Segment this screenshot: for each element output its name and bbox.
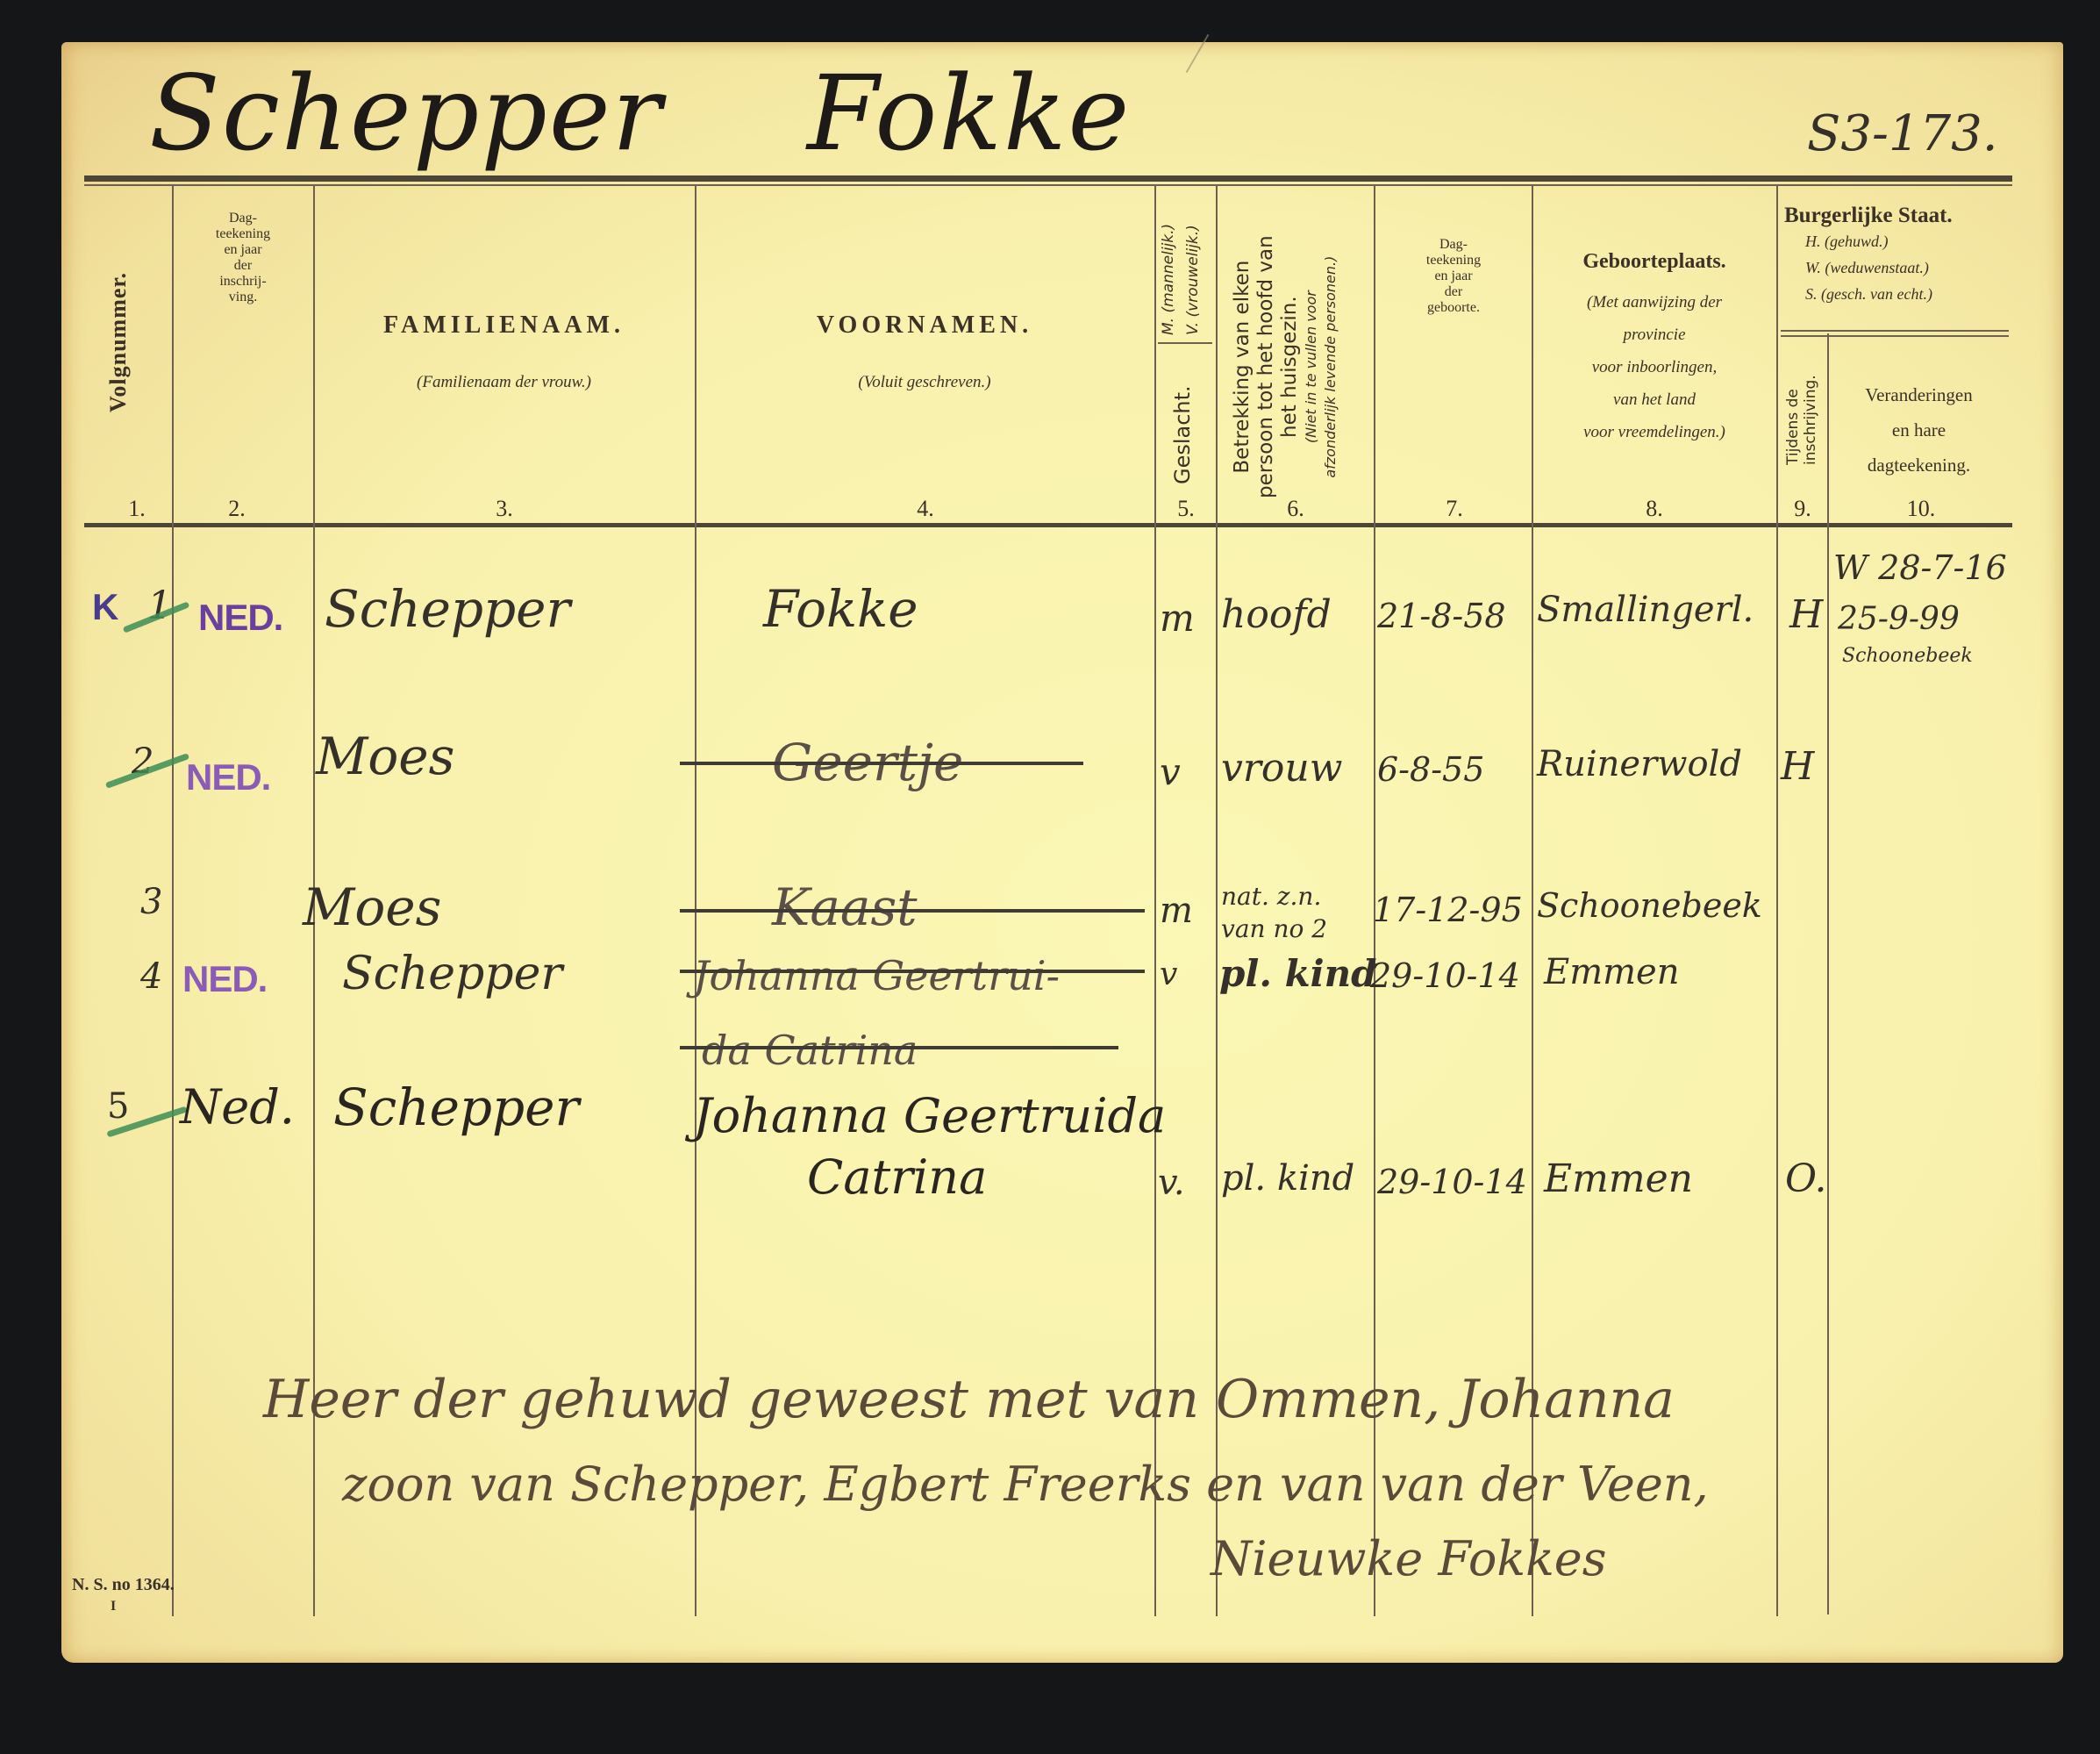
column-number: 7. (1428, 496, 1481, 522)
row-voornamen: da Catrina (702, 1027, 918, 1074)
row-geboorteplaats: Smallingerl. (1537, 590, 1754, 630)
row-voornamen: Kaast (772, 877, 918, 937)
note-line: zoon van Schepper, Egbert Freerks en van… (342, 1457, 1709, 1512)
form-number: N. S. no 1364. (72, 1575, 175, 1595)
column-number: 6. (1269, 496, 1322, 522)
nationality-stamp: NED. (182, 958, 267, 1000)
header-tijdens-inschrijving: Tijdens de inschrijving. (1784, 375, 1819, 465)
header-line: der (174, 258, 312, 274)
column-number: 2. (211, 496, 263, 522)
row-geslacht: m (1160, 597, 1195, 640)
header-line: en jaar (1375, 268, 1532, 284)
title-rule-thin (84, 184, 2012, 186)
row-volgnummer: 5 (107, 1086, 129, 1127)
civil-status-rule (1781, 335, 2009, 337)
column-number: 8. (1628, 496, 1681, 522)
row-betrekking: nat. z.n. (1221, 882, 1321, 911)
header-line: der (1375, 284, 1532, 300)
row-geboorteplaats: Schoonebeek (1537, 886, 1762, 925)
title-firstname: Fokke (807, 53, 1131, 174)
header-line: van het land (1533, 383, 1775, 416)
header-geboorte-date: Dag- teekening en jaar der geboorte. (1375, 237, 1532, 316)
header-subtitle: (Familienaam der vrouw.) (314, 373, 694, 392)
row-volgnummer: 4 (140, 956, 162, 997)
column-divider (1776, 186, 1778, 1616)
header-line: (Niet in te vullen voor (1302, 235, 1321, 498)
header-gender-v: V. (vrouwelijk.) (1184, 225, 1202, 335)
row-verandering: Schoonebeek (1842, 645, 1973, 667)
header-geslacht: Geslacht. (1170, 385, 1195, 484)
header-line: voor inboorlingen, (1533, 351, 1775, 383)
header-line: en jaar (174, 242, 312, 258)
header-line: Tijdens de (1784, 375, 1802, 465)
gender-subdivider (1158, 342, 1212, 344)
header-line: dagteekening. (1829, 447, 2009, 483)
header-rule (84, 523, 2012, 527)
header-line: ving. (174, 290, 312, 305)
title-surname: Schepper (149, 53, 663, 174)
row-voornamen: Catrina (807, 1149, 987, 1205)
header-title: Geboorteplaats. (1533, 250, 1775, 274)
row-betrekking: van no 2 (1221, 914, 1327, 943)
row-voornamen: Johanna Geertrui- (693, 952, 1060, 999)
row-geboortedatum: 29-10-14 (1377, 1163, 1527, 1201)
header-title: Burgerlijke Staat. (1779, 204, 2009, 228)
column-divider (1827, 333, 1829, 1614)
header-line: het huisgezin. (1278, 235, 1302, 498)
row-geslacht: v (1160, 956, 1177, 992)
status-legend-s: S. (gesch. van echt.) (1805, 281, 2009, 307)
row-voornamen: Fokke (763, 579, 918, 639)
row-volgnummer: 3 (140, 882, 162, 922)
row-betrekking: vrouw (1221, 746, 1342, 791)
nationality-stamp: NED. (198, 597, 282, 639)
status-legend-h: H. (gehuwd.) (1805, 228, 2009, 254)
column-number: 9. (1777, 496, 1828, 522)
row-geboorteplaats: Ruinerwold (1537, 744, 1742, 784)
row-verandering: 25-9-99 (1838, 601, 1960, 637)
row-geboortedatum: 21-8-58 (1377, 597, 1506, 635)
header-line: geboorte. (1375, 300, 1532, 316)
row-geslacht: m (1160, 891, 1193, 931)
row-betrekking: pl. kind (1219, 952, 1377, 995)
note-line: Heer der gehuwd geweest met van Ommen, J… (263, 1369, 1675, 1430)
header-line: Betrekking van elken (1231, 235, 1254, 498)
header-line: Veranderingen (1829, 377, 2009, 412)
header-inschrijving-date: Dag- teekening en jaar der inschrij- vin… (174, 211, 312, 305)
row-geboorteplaats: Emmen (1544, 1156, 1693, 1201)
civil-status-rule (1781, 330, 2009, 332)
header-volgnummer: Volgnummer. (105, 272, 132, 412)
column-number: 10. (1895, 496, 1947, 522)
note-line: Nieuwke Fokkes (1211, 1531, 1606, 1586)
row-geslacht: v (1160, 750, 1181, 793)
header-line: voor vreemdelingen.) (1533, 416, 1775, 448)
row-verandering: W 28-7-16 (1833, 548, 2007, 587)
strikethrough (680, 762, 1083, 765)
reference-number: S3-173. (1807, 105, 1998, 162)
header-line: Dag- (174, 211, 312, 226)
row-familienaam: Schepper (333, 1077, 579, 1137)
row-burgerlijke-staat: H (1781, 744, 1814, 789)
column-number: 5. (1160, 496, 1212, 522)
header-familienaam: FAMILIENAAM. (Familienaam der vrouw.) (314, 311, 694, 392)
column-number: 3. (478, 496, 531, 522)
header-line: (Met aanwijzing der (1533, 286, 1775, 319)
row-burgerlijke-staat: H (1789, 592, 1823, 637)
strikethrough (680, 970, 1145, 973)
strikethrough (680, 909, 1145, 913)
row-familienaam: Schepper (325, 579, 570, 639)
header-title: VOORNAMEN. (696, 311, 1154, 340)
row-burgerlijke-staat: O. (1785, 1156, 1826, 1201)
header-line: afzonderlijk levende personen.) (1321, 235, 1340, 498)
header-line: teekening (1375, 253, 1532, 268)
header-title: FAMILIENAAM. (314, 311, 694, 340)
header-line: en hare (1829, 412, 2009, 447)
row-betrekking: hoofd (1221, 592, 1332, 637)
header-line: persoon tot het hoofd van (1254, 235, 1278, 498)
title-rule (84, 175, 2012, 182)
nationality-stamp: NED. (186, 756, 270, 798)
strikethrough (680, 1046, 1118, 1049)
status-legend-w: W. (weduwenstaat.) (1805, 254, 2009, 281)
header-subtitle: (Voluit geschreven.) (696, 373, 1154, 392)
row-prefix-stamp: K (92, 586, 118, 628)
row-geboortedatum: 6-8-55 (1377, 750, 1484, 789)
row-geboortedatum: 17-12-95 (1373, 891, 1523, 929)
column-number: 4. (899, 496, 952, 522)
header-line: inschrij- (174, 274, 312, 290)
row-voornamen: Johanna Geertruida (693, 1088, 1166, 1143)
header-betrekking: Betrekking van elken persoon tot het hoo… (1231, 235, 1340, 498)
row-betrekking: pl. kind (1221, 1158, 1354, 1199)
row-geboorteplaats: Emmen (1544, 952, 1680, 992)
row-geboortedatum: 29-10-14 (1370, 956, 1520, 995)
header-line: teekening (174, 226, 312, 242)
row-familienaam: Moes (303, 877, 441, 937)
nationality-handwritten: Ned. (180, 1079, 295, 1135)
row-geslacht: v. (1158, 1163, 1185, 1203)
header-burgerlijke-staat: Burgerlijke Staat. H. (gehuwd.) W. (wedu… (1779, 204, 2009, 307)
header-voornamen: VOORNAMEN. (Voluit geschreven.) (696, 311, 1154, 392)
header-veranderingen: Veranderingen en hare dagteekening. (1829, 377, 2009, 483)
column-number: 1. (111, 496, 163, 522)
form-sub-number: I (111, 1599, 116, 1614)
row-familienaam: Schepper (342, 948, 562, 1000)
header-line: Dag- (1375, 237, 1532, 253)
header-line: inschrijving. (1802, 375, 1819, 465)
header-geboorteplaats: Geboorteplaats. (Met aanwijzing der prov… (1533, 250, 1775, 448)
header-line: provincie (1533, 319, 1775, 351)
header-gender-m: M. (mannelijk.) (1160, 224, 1177, 335)
row-familienaam: Moes (316, 727, 454, 786)
column-divider (172, 186, 174, 1616)
